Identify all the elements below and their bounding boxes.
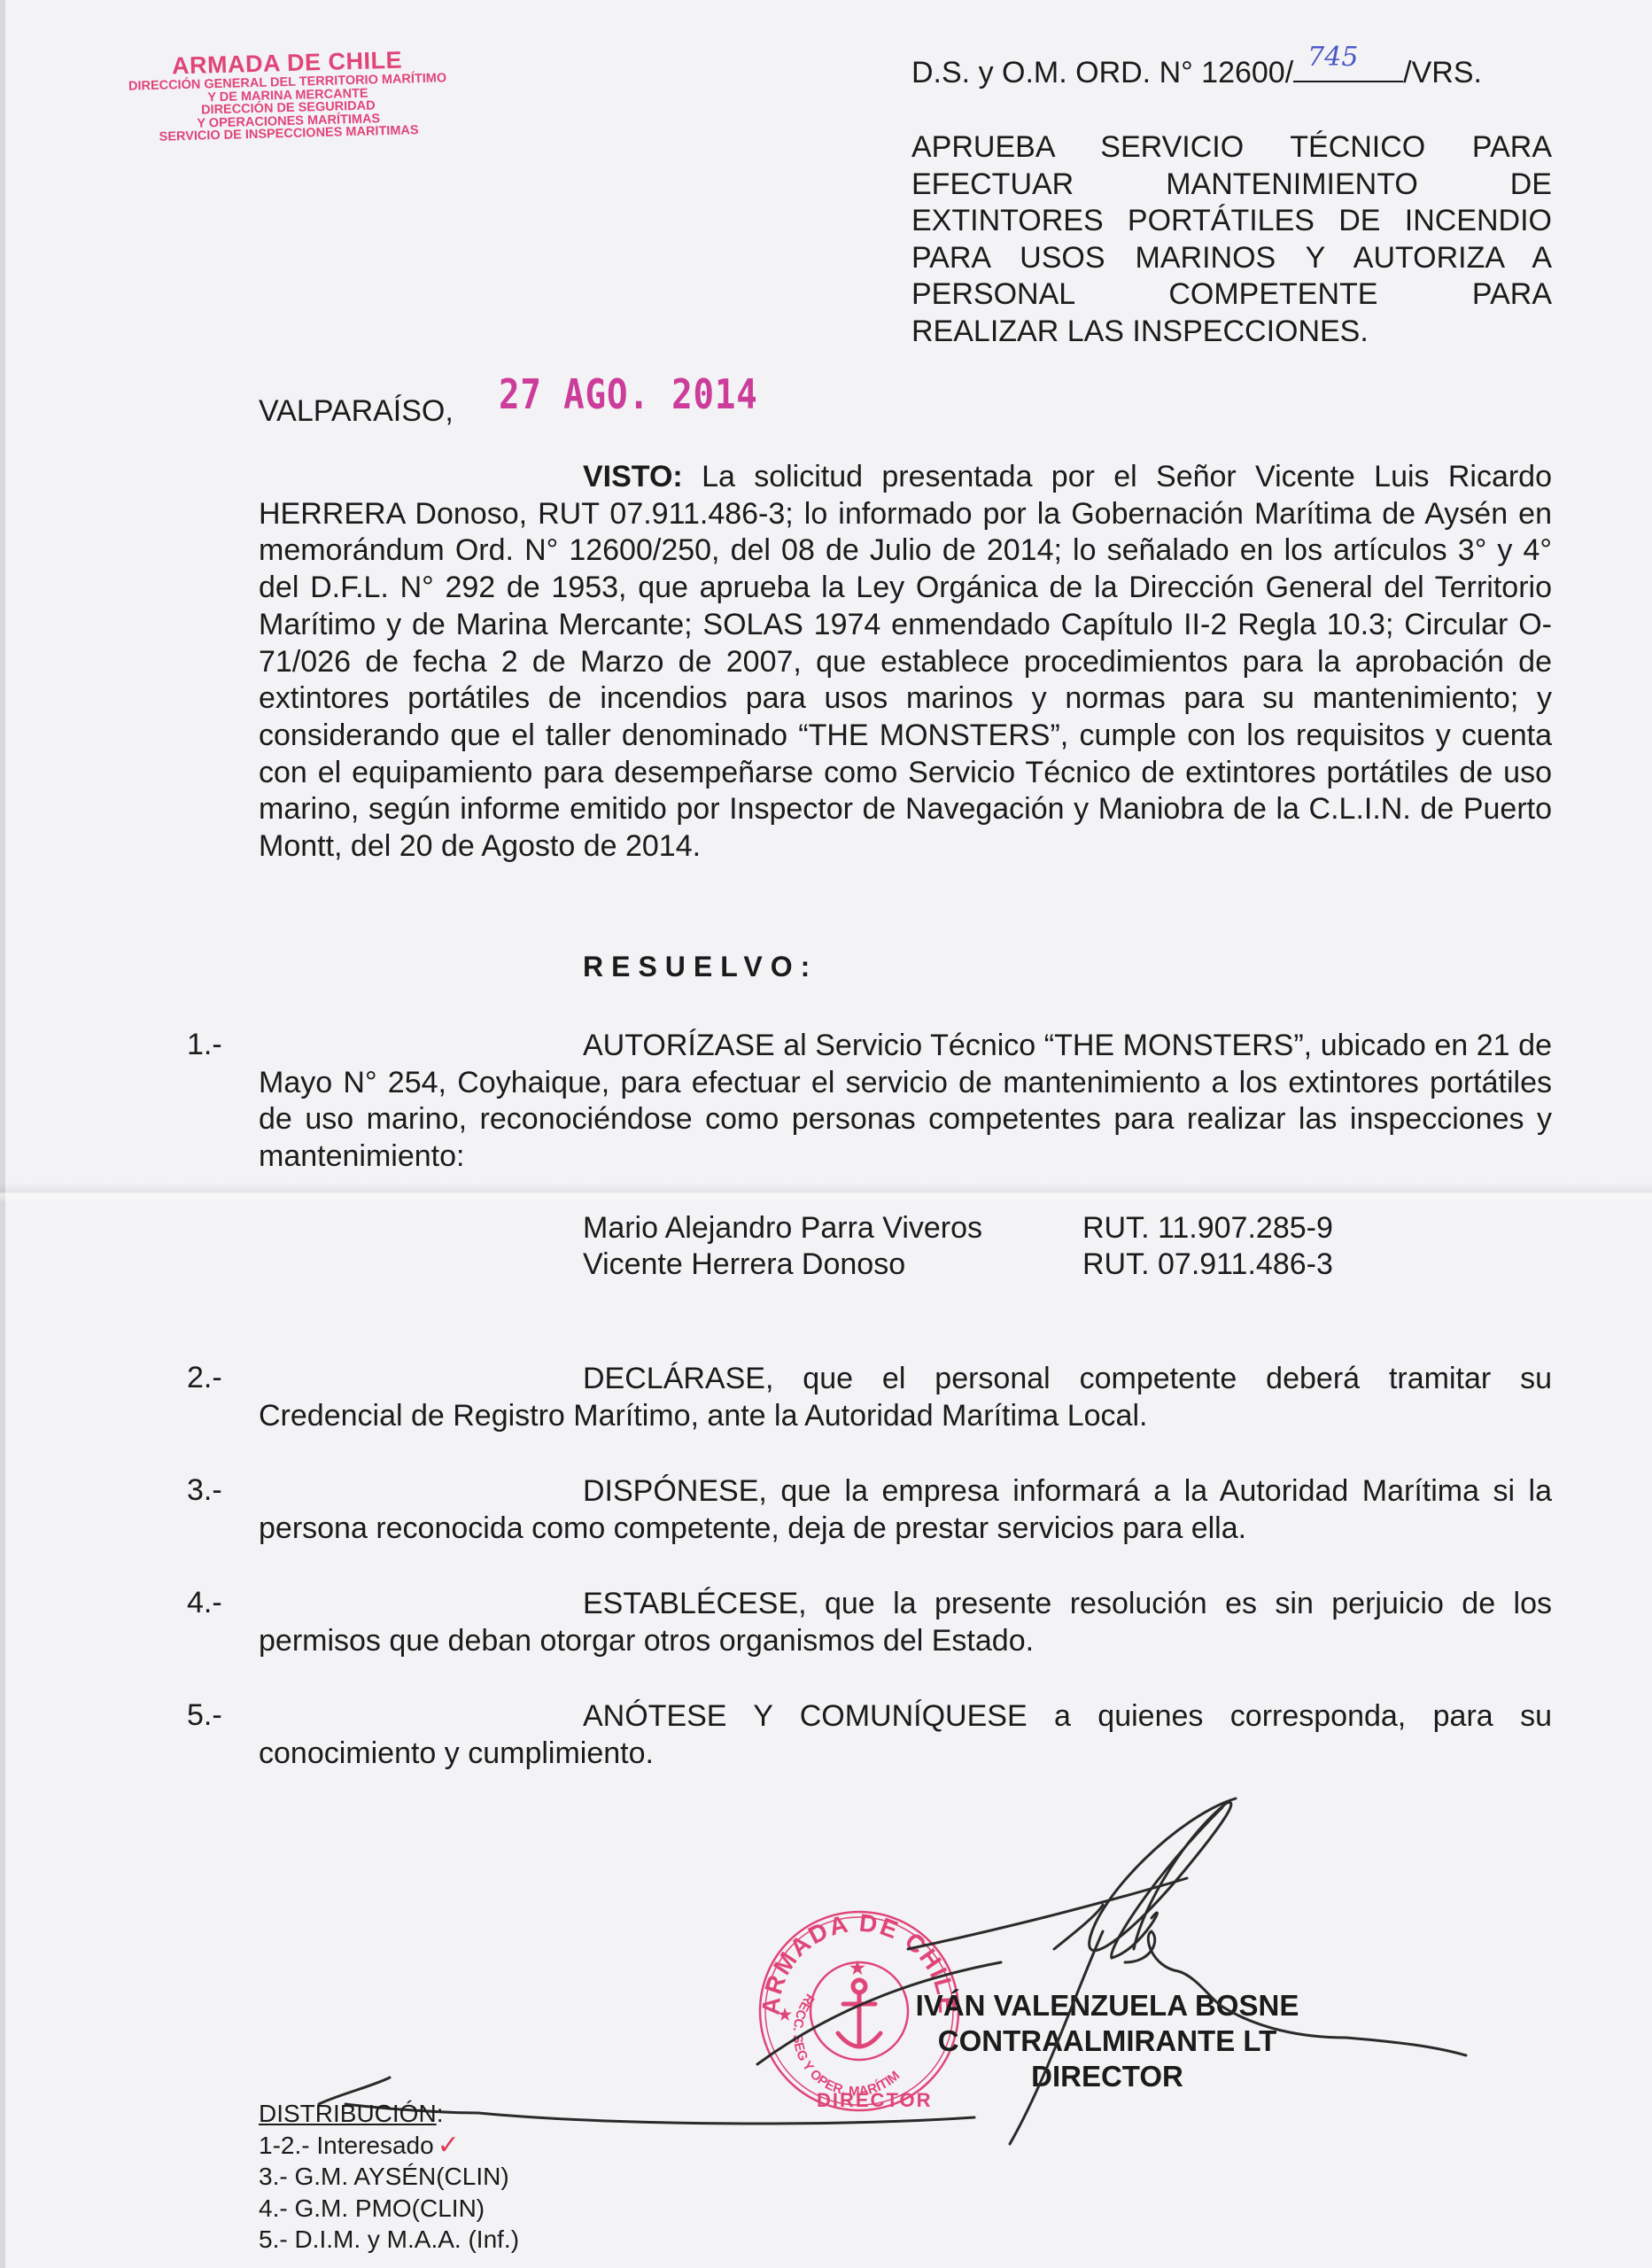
person-rut: RUT. 07.911.486-3 (1082, 1247, 1333, 1283)
person-row: Mario Alejandro Parra Viveros RUT. 11.90… (583, 1210, 1333, 1247)
resolution-number: 2.- (187, 1361, 222, 1395)
distribution-item: 4.- G.M. PMO(CLIN) (259, 2193, 519, 2225)
star-icon: ★ (849, 1959, 865, 1978)
distribution-title: DISTRIBUCIÓN (259, 2100, 437, 2127)
person-rut: RUT. 11.907.285-9 (1082, 1210, 1333, 1247)
signatory-block: IVÁN VALENZUELA BOSNE CONTRAALMIRANTE LT… (895, 1988, 1320, 2094)
competent-persons-list: Mario Alejandro Parra Viveros RUT. 11.90… (583, 1210, 1333, 1283)
place-label: VALPARAÍSO, (259, 394, 454, 429)
resolution-text: AUTORÍZASE al Servicio Técnico “THE MONS… (259, 1029, 1552, 1173)
visto-paragraph: VISTO: La solicitud presentada por el Se… (259, 459, 1552, 866)
subject-line: PERSONAL COMPETENTE PARA (911, 276, 1552, 314)
resolution-4: ESTABLÉCESE, que la presente resolución … (259, 1586, 1552, 1659)
date-stamp: 27 AGO. 2014 (499, 370, 758, 418)
distribution-item: 5.- D.I.M. y M.A.A. (Inf.) (259, 2224, 519, 2256)
signatory-rank: CONTRAALMIRANTE LT (895, 2023, 1320, 2059)
resolution-number: 3.- (187, 1473, 222, 1508)
reference-prefix: D.S. y O.M. ORD. N° 12600/ (911, 56, 1293, 89)
resolution-3: DISPÓNESE, que la empresa informará a la… (259, 1473, 1552, 1547)
subject-line: PARA USOS MARINOS Y AUTORIZA A (911, 240, 1552, 277)
resolution-text: DECLÁRASE, que el personal competente de… (259, 1362, 1552, 1433)
visto-label: VISTO: (583, 460, 683, 493)
distribution-item: 3.- G.M. AYSÉN(CLIN) (259, 2161, 519, 2193)
signatory-title: DIRECTOR (895, 2059, 1320, 2094)
handwritten-number: 745 (1307, 42, 1358, 73)
distribution-item: 1-2.- Interesado✓ (259, 2130, 519, 2162)
distribution-list: DISTRIBUCIÓN: 1-2.- Interesado✓ 3.- G.M.… (259, 2098, 519, 2256)
reference-number-field: 745 (1293, 56, 1403, 82)
resolution-text: ANÓTESE Y COMUNÍQUESE a quienes correspo… (259, 1699, 1552, 1770)
resolution-number: 1.- (187, 1028, 222, 1062)
visto-text: La solicitud presentada por el Señor Vic… (259, 460, 1552, 863)
person-row: Vicente Herrera Donoso RUT. 07.911.486-3 (583, 1247, 1333, 1283)
resolution-text: DISPÓNESE, que la empresa informará a la… (259, 1474, 1552, 1545)
resuelvo-heading: RESUELVO: (583, 951, 818, 983)
document-reference: D.S. y O.M. ORD. N° 12600/745/VRS. (911, 56, 1482, 90)
star-icon: ★ (778, 2006, 793, 2023)
signatory-name: IVÁN VALENZUELA BOSNE (895, 1988, 1320, 2023)
subject-line: EFECTUAR MANTENIMIENTO DE (911, 167, 1552, 204)
resolution-number: 5.- (187, 1698, 222, 1733)
resolution-2: DECLÁRASE, que el personal competente de… (259, 1361, 1552, 1434)
document-subject: APRUEBA SERVICIO TÉCNICO PARA EFECTUAR M… (911, 129, 1552, 350)
subject-line: EXTINTORES PORTÁTILES DE INCENDIO (911, 203, 1552, 240)
person-name: Mario Alejandro Parra Viveros (583, 1210, 1082, 1247)
paper-fold-line (0, 1183, 1652, 1202)
resolution-1: AUTORÍZASE al Servicio Técnico “THE MONS… (259, 1028, 1552, 1176)
reference-suffix: /VRS. (1403, 56, 1482, 89)
resolution-text: ESTABLÉCESE, que la presente resolución … (259, 1587, 1552, 1658)
resolution-number: 4.- (187, 1586, 222, 1620)
subject-line: APRUEBA SERVICIO TÉCNICO PARA (911, 129, 1552, 167)
check-mark-icon: ✓ (438, 2131, 460, 2160)
subject-line: REALIZAR LAS INSPECCIONES. (911, 314, 1552, 351)
resolution-5: ANÓTESE Y COMUNÍQUESE a quienes correspo… (259, 1698, 1552, 1772)
page-edge (0, 0, 5, 2268)
anchor-icon (838, 1980, 880, 2047)
header-stamp: ARMADA DE CHILE DIRECCIÓN GENERAL DEL TE… (119, 47, 458, 144)
person-name: Vicente Herrera Donoso (583, 1247, 1082, 1283)
